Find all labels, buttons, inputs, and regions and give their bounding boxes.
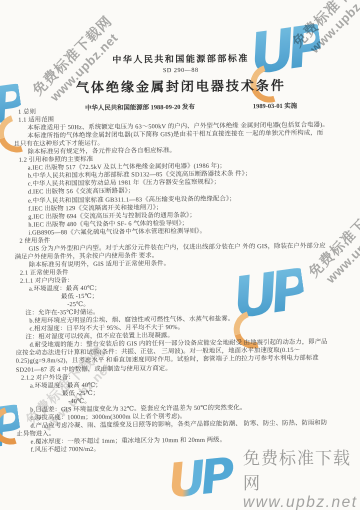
- document-title: 气体绝缘金属封闭电器技术条件: [1, 74, 360, 97]
- up-logo-lockup: UP: [166, 451, 238, 505]
- document-body: 1 总则1.1 适用范围本标准适用于 50Hz、系统额定电压为 63～500kV…: [1, 105, 360, 455]
- watermark-site-url: www.upbz.net: [243, 494, 360, 510]
- scanned-standard-page: 免费标准下载网 www.upbz.net 免费标准下载网 www.upbz.ne…: [0, 0, 360, 510]
- watermark-lockup-bottom: UP 免费标准下载网 www.upbz.net: [168, 444, 360, 510]
- logo-letter-p: P: [198, 447, 238, 505]
- standard-authority: 中华人民共和国能源部部标准: [1, 50, 360, 67]
- document-content: 中华人民共和国能源部部标准 SD 290—88 气体绝缘金属封闭电器技术条件 中…: [0, 0, 360, 510]
- watermark-site-name: 免费标准下载网: [243, 444, 360, 494]
- document-header: 中华人民共和国能源部部标准 SD 290—88 气体绝缘金属封闭电器技术条件 中…: [1, 50, 360, 113]
- watermark-lockup-text: 免费标准下载网 www.upbz.net: [243, 444, 360, 510]
